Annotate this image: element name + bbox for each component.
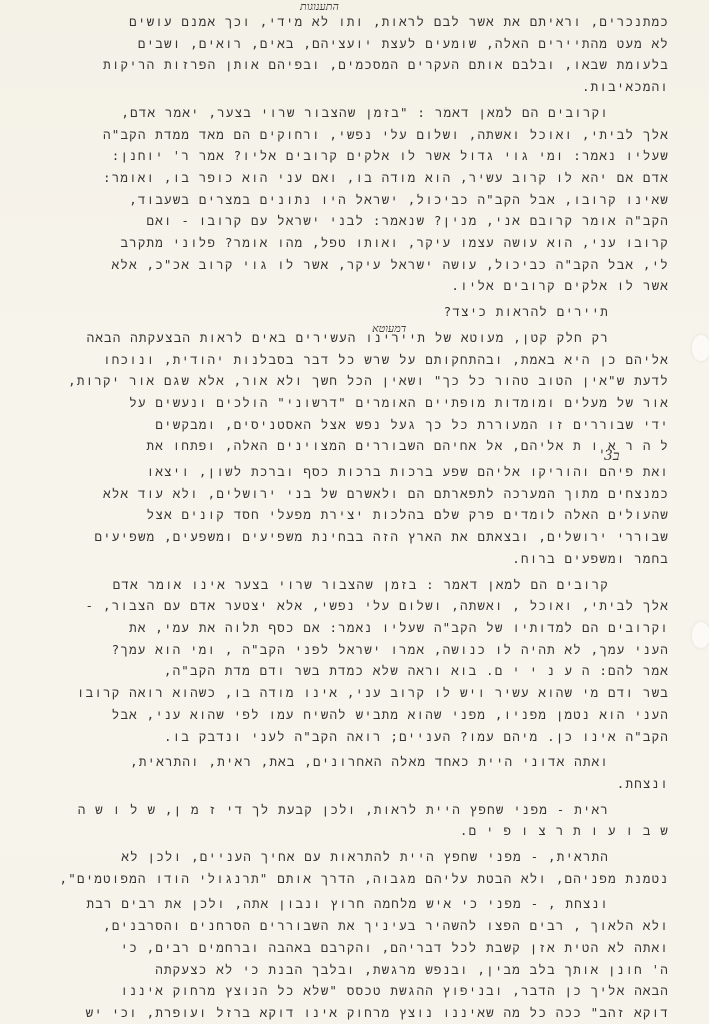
text-line: קרובו עני, הוא עושה עצמו עיקר, ואותו טפל… (40, 235, 669, 251)
text-line: ואתה אדוני היית כאחד מאלה האחרונים, באת,… (40, 754, 609, 770)
text-line: כמנצחים מתוך המערכה לתפארתם הם ולאשרם של… (40, 486, 669, 502)
text-line: ראית - מפני שחפץ היית לראות, ולכן קבעת ל… (40, 802, 609, 818)
text-line: שעליו נאמר: ומי גוי גדול אשר לו אלקים קר… (40, 148, 669, 164)
text-line: בשר ודם מי שהוא עשיר ויש לו קרוב עני, אי… (40, 685, 669, 701)
text-line: וקרובים הם למדותיו של הקב"ה שעליו נאמר: … (40, 620, 669, 636)
text-line: תיירים להראות כיצד? (444, 304, 609, 320)
text-line: הקב"ה אינו כן. מיהם עמו? העניים; רואה הק… (40, 729, 669, 745)
text-line: כמתנכרים, וראיתם את אשר לבם לראות, ותו ל… (40, 14, 669, 30)
text-line: שבוררי ירושלים, ובצאתם את הארץ הזה בבחינ… (40, 529, 669, 545)
document-page: התענוגות דמעוטא ב3' כמתנכרים, וראיתם את … (0, 0, 709, 1024)
text-line: אור של מעלים ומומדות מופתיים האומרים "דר… (40, 395, 669, 411)
text-line: נטמנת מפניהם, ולא הבטת עליהם מגבוה, הדרך… (40, 871, 669, 887)
text-line: בחמר ומשפעים ברוח. (512, 551, 669, 567)
text-line: ולא הלאוך , רבים הפצו להשהיר בעיניך את ה… (40, 918, 669, 934)
text-line: ה' חונן אותך בלב מבין, ובנפש מרגשת, ובלב… (40, 962, 669, 978)
text-line: אלך לביתי, ואוכל ואשתה, ושלום עלי נפשי, … (40, 127, 669, 143)
text-line: אשר לו אלקים קרובים אליו. (451, 278, 669, 294)
punch-hole (692, 622, 709, 648)
text-line: וקרובים הם למאן דאמר : "בזמן שהצבור שרוי… (40, 105, 609, 121)
text-line: הקב"ה אומר קרובם אני, מנין? שנאמר: לבני … (40, 213, 669, 229)
text-line: בלעומת שבאו, ובלבם אותם העקרים המסכמים, … (40, 57, 669, 73)
handwritten-annotation: התענוגות (300, 0, 339, 13)
text-line: אמר להם: ה ע נ י י ם. בוא וראה שלא כמדת … (40, 663, 669, 679)
text-line: הבאה אליך כן הדבר, ובניפוץ ההגשת טכסס "ש… (40, 983, 669, 999)
text-line: אליהם כן היא באמת, ובהתחקותם על שרש כל ד… (40, 352, 669, 368)
punch-hole (692, 335, 709, 361)
text-line: לא מעט מהתיירים האלה, שומעים לעצת יועציה… (40, 36, 669, 52)
text-line: ואת פיהם והוריקו אליהם שפע ברכות ברכות כ… (40, 464, 669, 480)
text-line: לדעת ש"אין הטוב טהור כל כך" ושאין הכל חש… (40, 373, 669, 389)
text-line: ונצחת , - מפני כי איש מלחמה חרוץ ונבון א… (40, 896, 609, 912)
text-line: אדם אם יהא לו קרוב עשיר, הוא מודה בו, וא… (40, 170, 669, 186)
text-line: והמכאיבות. (582, 79, 669, 95)
text-line: ידי שבוררים זו המעוררת כל כך געל נפש אצל… (40, 417, 669, 433)
text-line: דוקא זהב" ככה כל מה שאיננו נוצץ מרחוק אי… (40, 1005, 669, 1021)
text-line: אלך לביתי, ואוכל , ואשתה, ושלום עלי נפשי… (40, 598, 669, 614)
text-line: שאינו קרובו, אבל הקב"ה כביכול, ישראל היו… (40, 192, 669, 208)
text-line: העני עמך, לא תהיה לו כנושה, אמרו ישראל ל… (40, 642, 669, 658)
text-line: שהעולים האלה לומדים פרק שלם בהלכות יצירת… (40, 507, 669, 523)
text-line: ש ב ו ע ו ת ר צ ו פ י ם. (460, 823, 669, 839)
text-line: ל ה ר א ו ת אליהם, אל אחיהם השבוררים המצ… (40, 438, 669, 454)
text-line: ונצחת. (617, 776, 669, 792)
text-line: רק חלק קטן, מעוטא של תיירינו העשירים באי… (40, 330, 609, 346)
text-line: ואתה לא הטית אזן קשבת לכל דבריהם, והקרבם… (40, 940, 669, 956)
text-line: העני הוא נטמן מפניו, מפני שהוא מתביש להש… (40, 707, 669, 723)
text-line: התראית, - מפני שחפץ היית להתראות עם אחיך… (40, 849, 609, 865)
text-line: לי, אבל הקב"ה כביכול, עושה ישראל עיקר, א… (40, 257, 669, 273)
text-line: קרובים הם למאן דאמר : בזמן שהצבור שרוי ב… (40, 577, 609, 593)
